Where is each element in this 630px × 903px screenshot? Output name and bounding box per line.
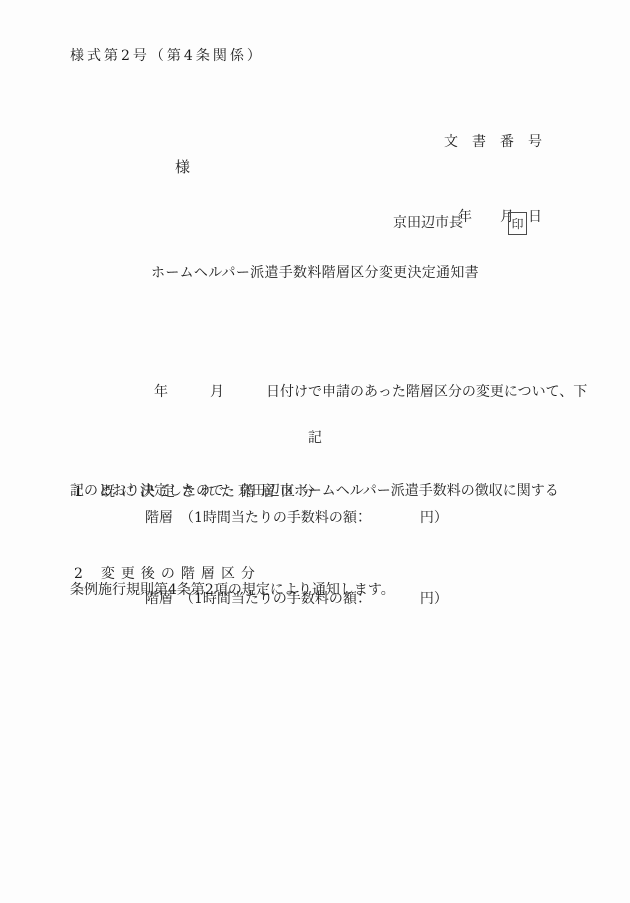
item-1-heading: 1 既に決定された階層区分 (74, 484, 321, 500)
item-1-detail: 階層 （1時間当たりの手数料の額： 円） (145, 510, 448, 526)
document-title: ホームヘルパー派遣手数料階層区分変更決定通知書 (0, 265, 630, 281)
document-number-label: 文 書 番 号 (444, 130, 542, 155)
item-1-number: 1 (74, 484, 83, 500)
item-2-label: 変更後の階層区分 (101, 566, 261, 582)
document-page: 様式第2号（第4条関係） 文 書 番 号 年 月 日 様 京田辺市長 印 ホーム… (0, 0, 630, 903)
document-meta: 文 書 番 号 年 月 日 (444, 80, 542, 280)
form-number: 様式第2号（第4条関係） (70, 48, 264, 64)
item-2-detail: 階層 （1時間当たりの手数料の額： 円） (145, 591, 448, 607)
item-1-label: 既に決定された階層区分 (101, 484, 321, 500)
seal-label: 印 (511, 218, 523, 230)
sender-name: 京田辺市長 (393, 215, 463, 231)
item-2-number: 2 (74, 566, 83, 582)
addressee-suffix: 様 (175, 159, 190, 176)
body-line-1: 年 月 日付けで申請のあった階層区分の変更について、下 (70, 376, 590, 409)
notice-marker: 記 (0, 430, 630, 446)
seal-box: 印 (508, 212, 527, 235)
item-2-heading: 2 変更後の階層区分 (74, 566, 261, 582)
